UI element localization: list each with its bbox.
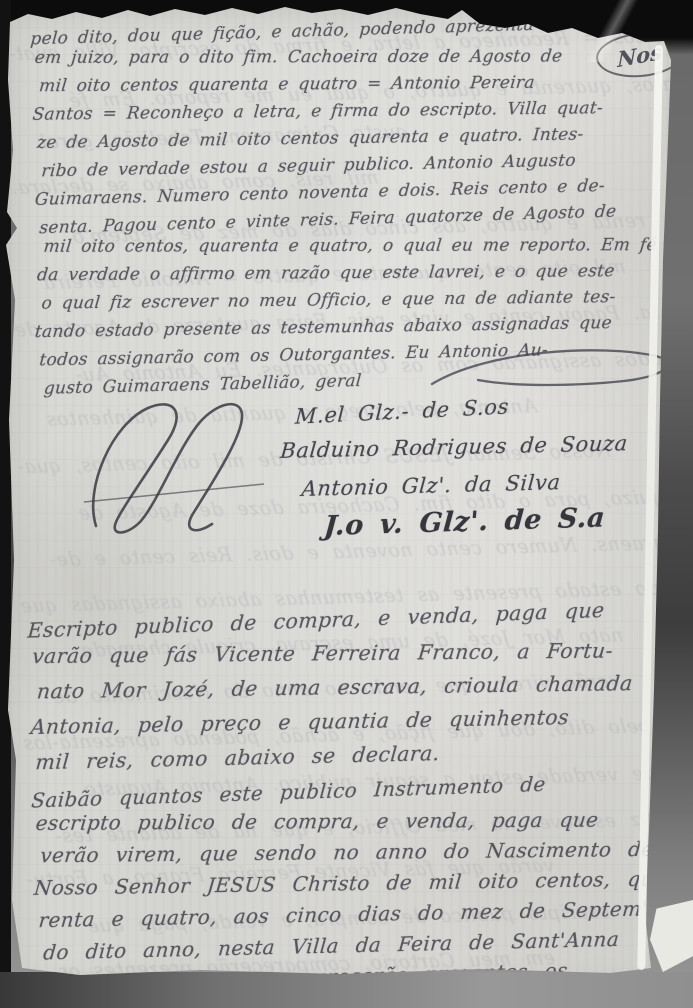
scanned-manuscript-page: Santos = Reconheço a letra, e firma do e…	[0, 0, 693, 1008]
registration-note-line: mil oito centos, quarenta e quatro, o qu…	[42, 232, 685, 261]
signatures-block: M.el Glz.- de S.osBalduino Rodrigues de …	[279, 384, 632, 548]
manuscript-paper: Santos = Reconheço a letra, e firma do e…	[0, 0, 693, 1008]
deed-heading-block: Escripto publico de compra, e venda, pag…	[32, 595, 676, 779]
scanner-background-left-strip	[0, 0, 11, 975]
signature-paraph	[82, 396, 277, 536]
registration-note-line: em juizo, para o dito fim. Cachoeira doz…	[33, 43, 676, 72]
scanner-background-bottom-band	[0, 972, 693, 1008]
deed-body-block: Saibão quantos este publico Instrumento …	[36, 769, 680, 998]
